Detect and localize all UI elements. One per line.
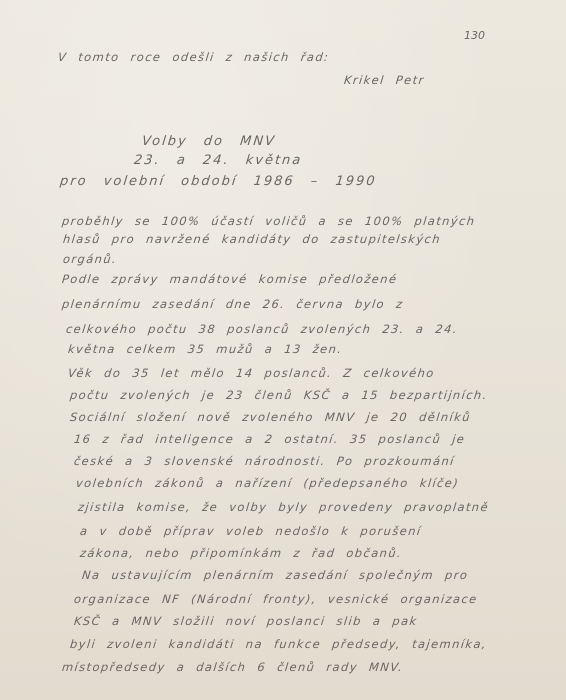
- body-line: proběhly se 100% účastí voličů a se 100%…: [61, 214, 476, 228]
- body-line: hlasů pro navržené kandidáty do zastupit…: [62, 232, 441, 246]
- page-number: 130: [464, 29, 485, 42]
- intro-line: V tomto roce odešli z našich řad:: [57, 50, 330, 64]
- body-line: české a 3 slovenské národnosti. Po prozk…: [73, 454, 455, 468]
- body-line: Sociální složení nově zvoleného MNV je 2…: [69, 410, 471, 424]
- body-line: KSČ a MNV složili noví poslanci slib a p…: [73, 614, 418, 628]
- body-line: místopředsedy a dalších 6 členů rady MNV…: [61, 660, 404, 674]
- body-line: orgánů.: [62, 252, 118, 266]
- body-line: volebních zákonů a nařízení (předepsanéh…: [75, 476, 460, 490]
- body-line: organizace NF (Národní fronty), vesnické…: [73, 592, 478, 606]
- body-line: celkového počtu 38 poslanců zvolených 23…: [65, 322, 458, 336]
- heading-period: pro volební období 1986 – 1990: [59, 174, 377, 189]
- body-line: 16 z řad inteligence a 2 ostatní. 35 pos…: [73, 432, 466, 446]
- body-line: zákona, nebo připomínkám z řad občanů.: [79, 546, 403, 560]
- body-line: a v době příprav voleb nedošlo k porušen…: [79, 524, 422, 538]
- body-line: Věk do 35 let mělo 14 poslanců. Z celkov…: [67, 366, 435, 380]
- body-line: května celkem 35 mužů a 13 žen.: [67, 342, 343, 356]
- heading-title: Volby do MNV: [141, 134, 277, 149]
- heading-dates: 23. a 24. května: [133, 153, 303, 168]
- handwritten-chronicle-page: 130 V tomto roce odešli z našich řad: Kr…: [0, 0, 566, 700]
- body-line: Na ustavujícím plenárním zasedání společ…: [81, 568, 469, 582]
- departed-name: Krikel Petr: [343, 73, 425, 87]
- body-line: plenárnímu zasedání dne 26. června bylo …: [61, 297, 404, 311]
- body-line: zjistila komise, že volby byly provedeny…: [77, 500, 490, 514]
- body-line: počtu zvolených je 23 členů KSČ a 15 bez…: [69, 388, 488, 402]
- body-line: Podle zprávy mandátové komise předložené: [61, 272, 398, 286]
- body-line: byli zvoleni kandidáti na funkce předsed…: [69, 637, 488, 651]
